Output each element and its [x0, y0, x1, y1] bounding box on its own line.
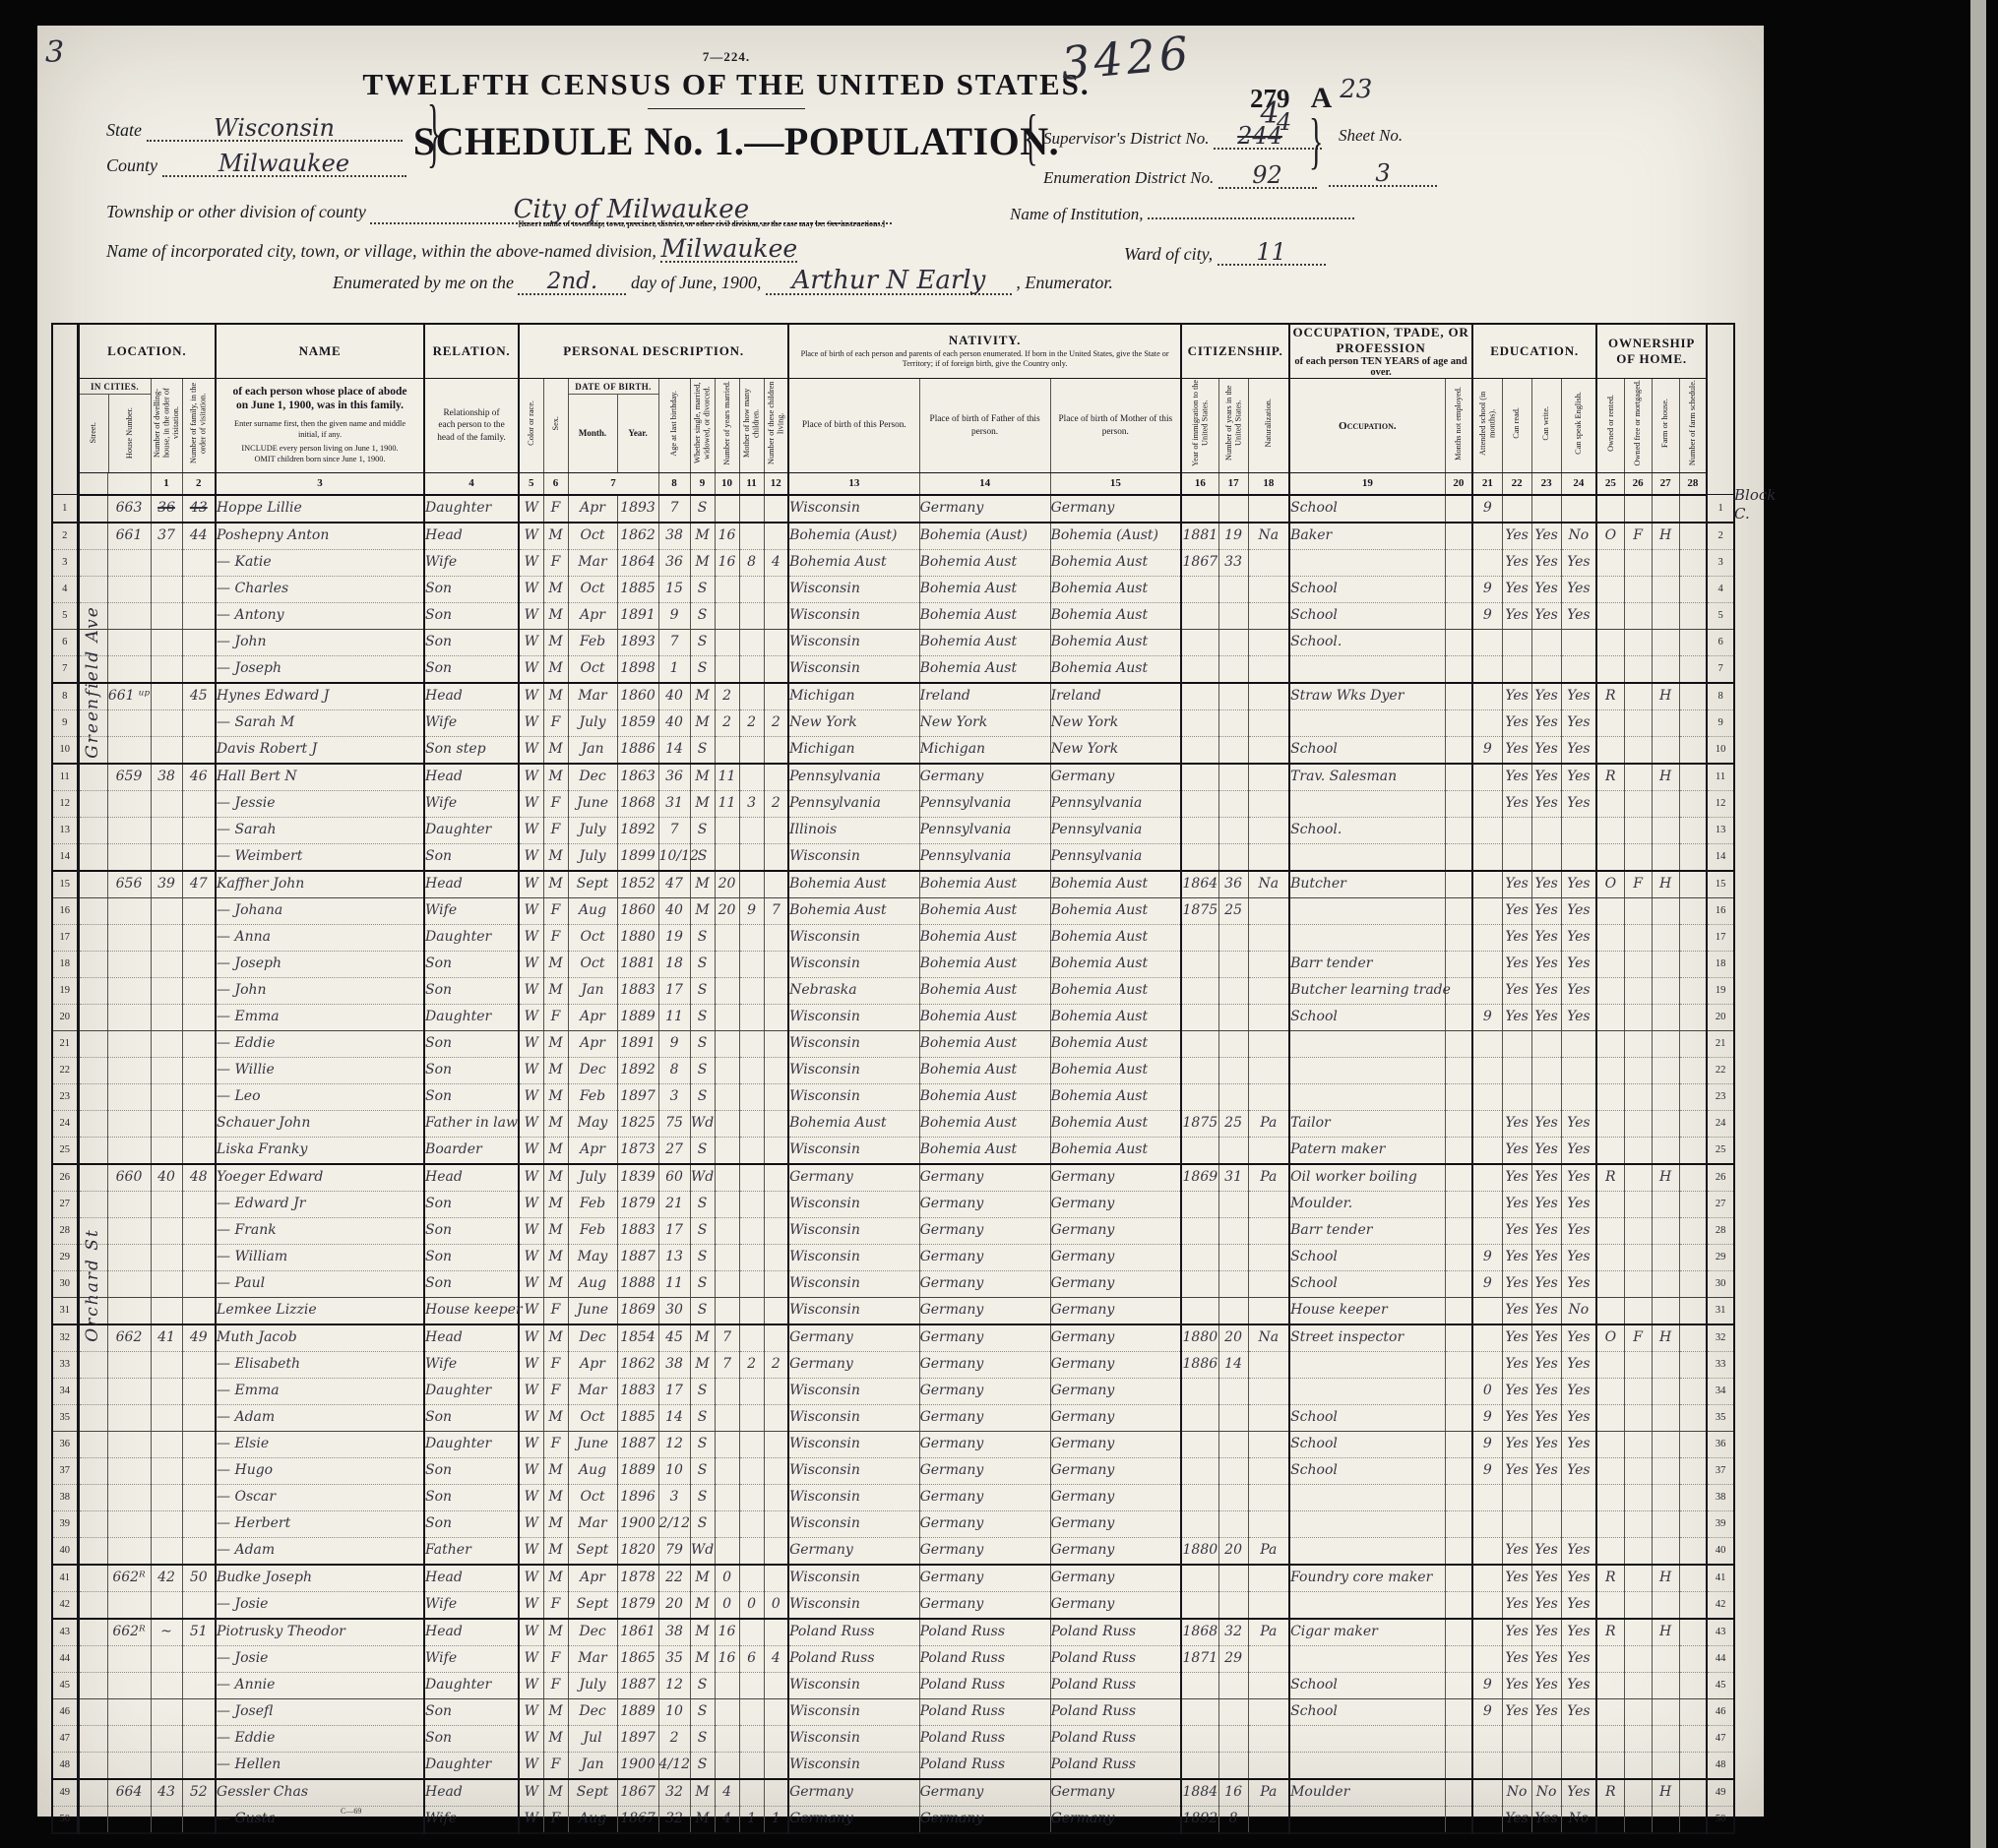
- cell-cl: [764, 1510, 788, 1537]
- cell-ms: M: [690, 683, 715, 710]
- population-schedule-table: LOCATION.NAMERELATION.PERSONAL DESCRIPTI…: [51, 323, 1735, 1834]
- cell-nm: — Leo: [216, 1083, 424, 1110]
- cell-im: [1181, 1591, 1218, 1619]
- cell-fm: [182, 1083, 216, 1110]
- cell-sx: M: [543, 1457, 568, 1484]
- cell-ag: 40: [658, 683, 690, 710]
- cell-rd: Yes: [1502, 1110, 1531, 1137]
- cell-nt: Pa: [1248, 1779, 1289, 1807]
- cell-of: [1624, 1351, 1652, 1378]
- cell-wr: No: [1531, 1779, 1561, 1807]
- line-number: 29: [52, 1244, 78, 1270]
- cell-im: [1181, 1565, 1218, 1592]
- cell-pf: Germany: [919, 1191, 1050, 1217]
- cell-rl: Head: [424, 1324, 519, 1352]
- cell-street: [78, 843, 107, 871]
- cell-pf: Bohemia Aust: [919, 576, 1050, 602]
- cell-fh: [1652, 1110, 1679, 1137]
- cell-sc: [1472, 790, 1502, 817]
- cell-h: [107, 1057, 151, 1083]
- cell-dw: [151, 1270, 182, 1297]
- cell-ow: [1596, 1110, 1624, 1137]
- table-row: 9— Sarah MWifeWFJuly185940M222New YorkNe…: [52, 709, 1734, 736]
- cell-ym: [715, 1672, 739, 1698]
- cell-fm: [182, 1057, 216, 1083]
- cell-dw: [151, 1484, 182, 1510]
- cell-en: Yes: [1561, 576, 1596, 602]
- cell-ms: S: [690, 495, 715, 523]
- cell-dw: ~: [151, 1619, 182, 1646]
- cell-mn: [1445, 790, 1472, 817]
- cell-ms: M: [690, 1351, 715, 1378]
- cell-rl: House keeper: [424, 1297, 519, 1324]
- cell-pf: Bohemia Aust: [919, 1137, 1050, 1164]
- cell-sc: 9: [1472, 1672, 1502, 1698]
- cell-rd: Yes: [1502, 871, 1531, 898]
- cell-yu: [1218, 1672, 1248, 1698]
- cell-dw: [151, 1004, 182, 1030]
- cell-ow: R: [1596, 1619, 1624, 1646]
- cell-rl: Daughter: [424, 495, 519, 523]
- cell-yu: [1218, 1191, 1248, 1217]
- cell-nt: [1248, 1270, 1289, 1297]
- cell-ag: 13: [658, 1244, 690, 1270]
- cell-mo: June: [568, 1297, 617, 1324]
- table-row: 5— AntonySonWMApr18919SWisconsinBohemia …: [52, 602, 1734, 629]
- cell-sc: [1472, 1484, 1502, 1510]
- cell-wr: Yes: [1531, 1672, 1561, 1698]
- cell-nt: [1248, 1457, 1289, 1484]
- cell-ym: [715, 1137, 739, 1164]
- cell-pb: Wisconsin: [788, 1484, 919, 1510]
- cell-pm: Bohemia Aust: [1050, 977, 1181, 1004]
- cell-dw: [151, 1725, 182, 1752]
- cell-ag: 38: [658, 1619, 690, 1646]
- cell-nt: [1248, 1217, 1289, 1244]
- line-number: 9: [52, 709, 78, 736]
- cell-fm: [182, 1672, 216, 1698]
- cell-yr: 1898: [617, 655, 658, 683]
- cell-yu: [1218, 1725, 1248, 1752]
- cell-ow: R: [1596, 764, 1624, 791]
- cell-pm: Germany: [1050, 1324, 1181, 1352]
- cell-yu: 25: [1218, 897, 1248, 924]
- cell-pb: Wisconsin: [788, 1378, 919, 1404]
- cell-mo: Oct: [568, 1404, 617, 1431]
- cell-pm: Bohemia Aust: [1050, 1083, 1181, 1110]
- cell-fh: [1652, 549, 1679, 576]
- cell-mo: Feb: [568, 1083, 617, 1110]
- cell-of: [1624, 1457, 1652, 1484]
- cell-oc: House keeper: [1289, 1297, 1445, 1324]
- table-row: 35— AdamSonWMOct188514SWisconsinGermanyG…: [52, 1404, 1734, 1431]
- cell-rc: W: [519, 1083, 543, 1110]
- cell-yu: [1218, 1217, 1248, 1244]
- cell-mc: [739, 655, 764, 683]
- cell-ms: M: [690, 1619, 715, 1646]
- cell-rd: [1502, 1510, 1531, 1537]
- col-number: 28: [1679, 473, 1707, 495]
- cell-fs: [1679, 1057, 1707, 1083]
- cell-rl: Son: [424, 1404, 519, 1431]
- cell-yu: [1218, 1083, 1248, 1110]
- cell-oc: Straw Wks Dyer: [1289, 683, 1445, 710]
- cell-fs: [1679, 1457, 1707, 1484]
- cell-oc: School: [1289, 1270, 1445, 1297]
- table-row: 39— HerbertSonWMMar19002/12SWisconsinGer…: [52, 1510, 1734, 1537]
- cell-ag: 7: [658, 629, 690, 655]
- cell-yu: [1218, 1431, 1248, 1457]
- cell-fs: [1679, 683, 1707, 710]
- cell-sc: [1472, 683, 1502, 710]
- cell-fh: H: [1652, 871, 1679, 898]
- cell-oc: [1289, 1752, 1445, 1779]
- cell-mn: [1445, 1030, 1472, 1057]
- cell-yu: 31: [1218, 1164, 1248, 1192]
- cell-mo: Aug: [568, 1270, 617, 1297]
- cell-ms: S: [690, 1698, 715, 1725]
- cell-en: Yes: [1561, 1378, 1596, 1404]
- cell-pb: Bohemia Aust: [788, 897, 919, 924]
- cell-cl: [764, 1137, 788, 1164]
- cell-im: [1181, 1404, 1218, 1431]
- cell-ym: 4: [715, 1779, 739, 1807]
- cell-rl: Son: [424, 1217, 519, 1244]
- cell-h: [107, 1672, 151, 1698]
- cell-fm: [182, 576, 216, 602]
- cell-nt: [1248, 843, 1289, 871]
- col-header-birthplace-father: Place of birth of Father of this person.: [919, 379, 1050, 473]
- cell-of: F: [1624, 523, 1652, 550]
- cell-of: [1624, 1431, 1652, 1457]
- cell-fm: 49: [182, 1324, 216, 1352]
- cell-nt: [1248, 655, 1289, 683]
- table-row: 34— EmmaDaughterWFMar188317SWisconsinGer…: [52, 1378, 1734, 1404]
- cell-rd: Yes: [1502, 1270, 1531, 1297]
- cell-ym: [715, 495, 739, 523]
- table-row: 21— EddieSonWMApr18919SWisconsinBohemia …: [52, 1030, 1734, 1057]
- cell-of: [1624, 549, 1652, 576]
- cell-ag: 12: [658, 1431, 690, 1457]
- cell-street: [78, 1672, 107, 1698]
- cell-cl: 0: [764, 1591, 788, 1619]
- cell-mc: [739, 1030, 764, 1057]
- cell-ym: [715, 817, 739, 843]
- cell-fm: [182, 655, 216, 683]
- cell-pb: Germany: [788, 1351, 919, 1378]
- cell-ow: [1596, 951, 1624, 977]
- cell-ms: S: [690, 951, 715, 977]
- cell-dw: [151, 817, 182, 843]
- cell-sc: [1472, 1779, 1502, 1807]
- cell-ms: Wd: [690, 1164, 715, 1192]
- cell-cl: [764, 655, 788, 683]
- cell-wr: Yes: [1531, 1698, 1561, 1725]
- cell-dw: 40: [151, 1164, 182, 1192]
- cell-pm: Pennsylvania: [1050, 817, 1181, 843]
- cell-mo: Oct: [568, 951, 617, 977]
- cell-nm: — Antony: [216, 602, 424, 629]
- cell-ms: S: [690, 629, 715, 655]
- cell-pf: Bohemia Aust: [919, 951, 1050, 977]
- cell-ow: [1596, 602, 1624, 629]
- cell-nm: — Joseph: [216, 951, 424, 977]
- cell-en: Yes: [1561, 1110, 1596, 1137]
- cell-im: [1181, 1297, 1218, 1324]
- line-number: 41: [1707, 1565, 1734, 1592]
- cell-mc: [739, 1110, 764, 1137]
- cell-fs: [1679, 817, 1707, 843]
- cell-wr: Yes: [1531, 1137, 1561, 1164]
- cell-fs: [1679, 1244, 1707, 1270]
- cell-rl: Daughter: [424, 1672, 519, 1698]
- cell-mn: [1445, 1191, 1472, 1217]
- cell-mc: [739, 523, 764, 550]
- cell-mo: May: [568, 1244, 617, 1270]
- cell-sx: F: [543, 1752, 568, 1779]
- cell-street: [78, 1057, 107, 1083]
- cell-h: 662ᴿ: [107, 1565, 151, 1592]
- group-personal-description: PERSONAL DESCRIPTION.: [519, 324, 788, 379]
- cell-ow: R: [1596, 1779, 1624, 1807]
- line-number: 3: [1707, 549, 1734, 576]
- cell-im: [1181, 1672, 1218, 1698]
- cell-pf: Bohemia Aust: [919, 629, 1050, 655]
- enumeration-district-value: 92: [1252, 161, 1282, 189]
- line-number: 3: [52, 549, 78, 576]
- table-row: 28— FrankSonWMFeb188317SWisconsinGermany…: [52, 1217, 1734, 1244]
- cell-yu: [1218, 655, 1248, 683]
- cell-pm: Poland Russ: [1050, 1725, 1181, 1752]
- line-number: 24: [52, 1110, 78, 1137]
- cell-pb: Bohemia Aust: [788, 549, 919, 576]
- cell-oc: [1289, 1484, 1445, 1510]
- cell-pb: Michigan: [788, 683, 919, 710]
- ward-value: 11: [1256, 238, 1286, 266]
- cell-fs: [1679, 1779, 1707, 1807]
- cell-yu: [1218, 817, 1248, 843]
- cell-yr: 1864: [617, 549, 658, 576]
- cell-fm: [182, 1351, 216, 1378]
- cell-mc: [739, 1378, 764, 1404]
- cell-nm: Lemkee Lizzie: [216, 1297, 424, 1324]
- cell-rd: [1502, 1030, 1531, 1057]
- cell-nm: — John: [216, 977, 424, 1004]
- cell-sx: M: [543, 736, 568, 764]
- cell-oc: [1289, 655, 1445, 683]
- col-header-years-in-us: Number of years in the United States.: [1218, 379, 1248, 473]
- cell-pb: Germany: [788, 1779, 919, 1807]
- cell-dw: 41: [151, 1324, 182, 1352]
- cell-fs: [1679, 1672, 1707, 1698]
- cell-ms: M: [690, 549, 715, 576]
- cell-h: [107, 1404, 151, 1431]
- cell-nm: — Emma: [216, 1378, 424, 1404]
- cell-ow: [1596, 1217, 1624, 1244]
- cell-fs: [1679, 924, 1707, 951]
- cell-nm: — Katie: [216, 549, 424, 576]
- cell-im: 1884: [1181, 1779, 1218, 1807]
- cell-pm: Germany: [1050, 1431, 1181, 1457]
- cell-mc: [739, 1619, 764, 1646]
- cell-ym: 2: [715, 683, 739, 710]
- cell-rd: [1502, 843, 1531, 871]
- cell-fm: [182, 843, 216, 871]
- line-number: 49: [1707, 1779, 1734, 1807]
- cell-ow: [1596, 1752, 1624, 1779]
- cell-cl: [764, 1752, 788, 1779]
- cell-rl: Wife: [424, 1351, 519, 1378]
- cell-rc: W: [519, 1457, 543, 1484]
- cell-of: [1624, 1484, 1652, 1510]
- cell-dw: [151, 602, 182, 629]
- cell-fs: [1679, 576, 1707, 602]
- cell-fs: [1679, 1484, 1707, 1510]
- cell-of: F: [1624, 1324, 1652, 1352]
- cell-mc: [739, 843, 764, 871]
- cell-pm: Germany: [1050, 1779, 1181, 1807]
- cell-yr: 1879: [617, 1591, 658, 1619]
- cell-of: [1624, 1004, 1652, 1030]
- cell-fh: [1652, 709, 1679, 736]
- cell-h: [107, 1457, 151, 1484]
- col-number: 8: [658, 473, 690, 495]
- group-education: EDUCATION.: [1472, 324, 1596, 379]
- line-number: 46: [1707, 1698, 1734, 1725]
- cell-sc: [1472, 1191, 1502, 1217]
- cell-yr: 1887: [617, 1244, 658, 1270]
- cell-yu: [1218, 790, 1248, 817]
- cell-yr: 1880: [617, 924, 658, 951]
- table-row: 16— JohanaWifeWFAug186040M2097Bohemia Au…: [52, 897, 1734, 924]
- line-number: 41: [52, 1565, 78, 1592]
- cell-street: [78, 1457, 107, 1484]
- cell-street: [78, 1645, 107, 1672]
- cell-yu: [1218, 1565, 1248, 1592]
- cell-cl: [764, 1457, 788, 1484]
- cell-mc: [739, 1217, 764, 1244]
- cell-mn: [1445, 495, 1472, 523]
- cell-pf: Germany: [919, 1484, 1050, 1510]
- cell-nm: — William: [216, 1244, 424, 1270]
- cell-mn: [1445, 602, 1472, 629]
- cell-en: [1561, 1030, 1596, 1057]
- cell-wr: Yes: [1531, 1217, 1561, 1244]
- cell-en: Yes: [1561, 1591, 1596, 1619]
- cell-fh: [1652, 1725, 1679, 1752]
- cell-street: [78, 1083, 107, 1110]
- cell-mn: [1445, 1297, 1472, 1324]
- cell-wr: [1531, 1725, 1561, 1752]
- cell-fm: 43: [182, 495, 216, 523]
- cell-nm: — Hugo: [216, 1457, 424, 1484]
- cell-nt: [1248, 924, 1289, 951]
- cell-sx: F: [543, 709, 568, 736]
- cell-cl: [764, 629, 788, 655]
- cell-rc: W: [519, 1672, 543, 1698]
- cell-fs: [1679, 1565, 1707, 1592]
- cell-mn: [1445, 1324, 1472, 1352]
- col-header-farm-schedule-number: Number of farm schedule.: [1679, 379, 1707, 473]
- cell-street: [78, 871, 107, 898]
- cell-pb: Germany: [788, 1324, 919, 1352]
- cell-fm: [182, 1137, 216, 1164]
- cell-mo: Dec: [568, 1698, 617, 1725]
- cell-mo: Dec: [568, 1324, 617, 1352]
- cell-yu: [1218, 736, 1248, 764]
- cell-pb: Bohemia Aust: [788, 1110, 919, 1137]
- cell-h: 664: [107, 1779, 151, 1807]
- cell-rc: W: [519, 629, 543, 655]
- cell-ms: S: [690, 1431, 715, 1457]
- cell-pf: Germany: [919, 1351, 1050, 1378]
- cell-ym: [715, 1270, 739, 1297]
- cell-nm: — Josie: [216, 1591, 424, 1619]
- cell-street: [78, 1537, 107, 1565]
- census-sheet: 3 7—224. TWELFTH CENSUS OF THE UNITED ST…: [37, 26, 1764, 1817]
- cell-cl: [764, 523, 788, 550]
- cell-pm: Germany: [1050, 1565, 1181, 1592]
- cell-sc: [1472, 817, 1502, 843]
- cell-ms: S: [690, 1297, 715, 1324]
- cell-h: [107, 1378, 151, 1404]
- cell-cl: [764, 1484, 788, 1510]
- cell-h: [107, 951, 151, 977]
- cell-rl: Head: [424, 871, 519, 898]
- cell-en: Yes: [1561, 549, 1596, 576]
- cell-rc: W: [519, 1510, 543, 1537]
- cell-nt: [1248, 549, 1289, 576]
- cell-mc: [739, 1565, 764, 1592]
- cell-sc: [1472, 1725, 1502, 1752]
- cell-h: [107, 655, 151, 683]
- cell-wr: [1531, 843, 1561, 871]
- cell-dw: [151, 1378, 182, 1404]
- cell-sx: M: [543, 523, 568, 550]
- cell-mn: [1445, 1537, 1472, 1565]
- cell-fm: [182, 1484, 216, 1510]
- cell-rl: Son: [424, 1244, 519, 1270]
- cell-h: [107, 1217, 151, 1244]
- cell-mc: [739, 495, 764, 523]
- cell-sc: [1472, 523, 1502, 550]
- line-number: 27: [1707, 1191, 1734, 1217]
- cell-pm: Germany: [1050, 1244, 1181, 1270]
- cell-mo: Apr: [568, 1137, 617, 1164]
- cell-nt: [1248, 1244, 1289, 1270]
- cell-h: [107, 1110, 151, 1137]
- cell-wr: Yes: [1531, 1244, 1561, 1270]
- cell-yr: 1896: [617, 1484, 658, 1510]
- cell-oc: [1289, 1083, 1445, 1110]
- cell-yr: 1891: [617, 602, 658, 629]
- street-name-vertical: Orchard St: [83, 1187, 102, 1384]
- cell-mo: Oct: [568, 1484, 617, 1510]
- cell-sc: 9: [1472, 602, 1502, 629]
- line-number: 39: [1707, 1510, 1734, 1537]
- cell-pb: Wisconsin: [788, 495, 919, 523]
- cell-sx: M: [543, 1217, 568, 1244]
- cell-rd: Yes: [1502, 683, 1531, 710]
- line-number: 35: [1707, 1404, 1734, 1431]
- cell-oc: Butcher learning trade: [1289, 977, 1445, 1004]
- line-number: 6: [1707, 629, 1734, 655]
- line-number: 46: [52, 1698, 78, 1725]
- cell-fh: H: [1652, 1164, 1679, 1192]
- cell-en: Yes: [1561, 977, 1596, 1004]
- cell-fh: [1652, 1698, 1679, 1725]
- cell-sc: [1472, 1164, 1502, 1192]
